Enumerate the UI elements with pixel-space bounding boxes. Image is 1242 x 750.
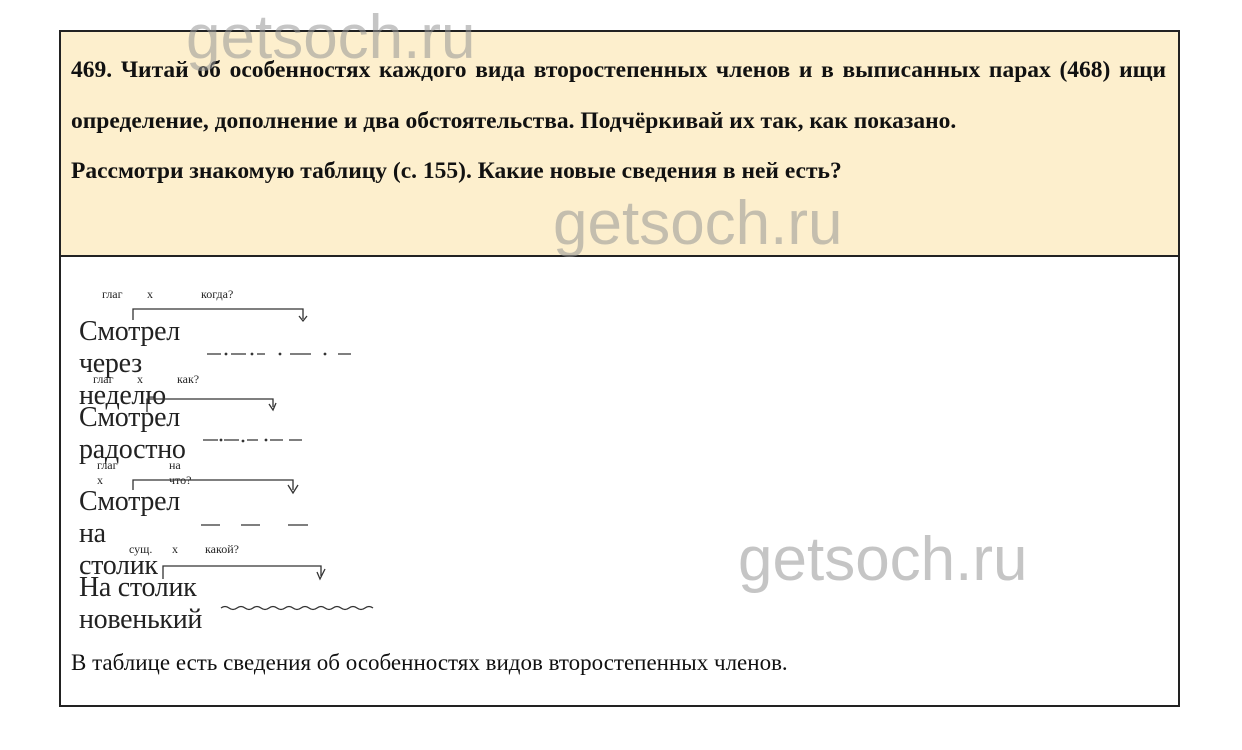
- exercise-frame: 469. Читай об особенностях каждого вида …: [59, 30, 1180, 707]
- answer-text: В таблице есть сведения об особенностях …: [71, 650, 788, 676]
- underline-marks: [61, 32, 1182, 709]
